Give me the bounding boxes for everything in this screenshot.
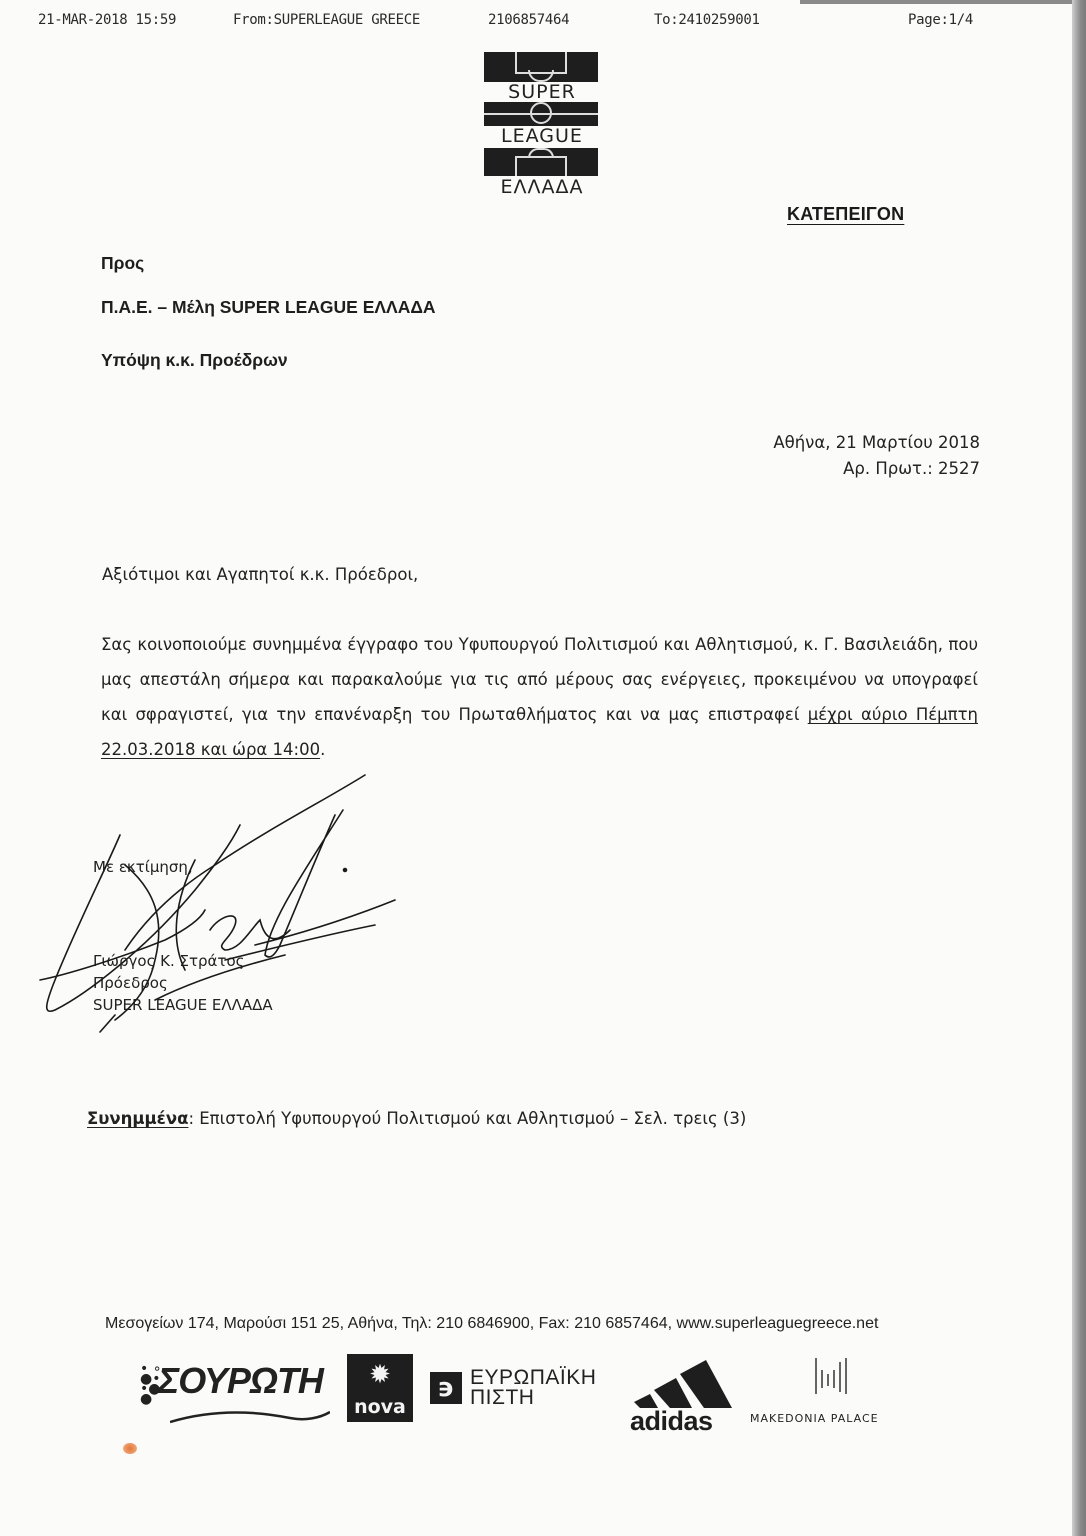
sponsor-sourwti-name: ΣΟΥΡΩΤΗ: [158, 1360, 323, 1402]
fax-page: Page:1/4: [908, 12, 973, 28]
urgent-label: ΚΑΤΕΠΕΙΓΟΝ: [787, 204, 904, 225]
superleague-logo: SUPER LEAGUE ΕΛΛΑΔΑ: [480, 52, 604, 200]
sponsor-adidas-logo: adidas: [630, 1358, 740, 1438]
protocol-number: Αρ. Πρωτ.: 2527: [773, 456, 980, 482]
logo-goalbox-bottom: [515, 156, 567, 176]
logo-word-super: SUPER: [480, 82, 604, 102]
recipient-attention: Υπόψη κ.κ. Προέδρων: [101, 350, 288, 371]
recipient-addressee: Π.Α.Ε. – Μέλη SUPER LEAGUE ΕΛΛΑΔΑ: [101, 297, 436, 318]
logo-word-league: LEAGUE: [480, 126, 604, 146]
footer-address: Μεσογείων 174, Μαρούσι 151 25, Αθήνα, Τη…: [105, 1315, 878, 1333]
logo-center-circle: [530, 102, 552, 124]
attachments-text: Επιστολή Υφυπουργού Πολιτισμού και Αθλητ…: [194, 1109, 746, 1128]
sponsor-nova-logo: ✹ nova: [347, 1354, 413, 1422]
scan-edge-right: [1072, 0, 1086, 1536]
scan-stain: [123, 1443, 137, 1454]
place-date: Αθήνα, 21 Μαρτίου 2018: [773, 430, 980, 456]
makedonia-bars-icon: [812, 1356, 852, 1396]
sponsor-logos: • ∘●••●● ΣΟΥΡΩΤΗ ✹ nova ϶ ΕΥΡΩΠΑΪΚΗ ΠΙΣΤ…: [0, 1340, 1086, 1440]
fax-datetime: 21-MAR-2018 15:59: [38, 12, 176, 28]
eurobank-mark-icon: ϶: [430, 1372, 462, 1404]
salutation: Αξιότιμοι και Αγαπητοί κ.κ. Πρόεδροι,: [102, 565, 418, 584]
body-end: .: [320, 740, 325, 759]
sponsor-makedonia-logo: MAKEDONIA PALACE: [750, 1356, 920, 1436]
sponsor-eurobank-logo: ϶ ΕΥΡΩΠΑΪΚΗ ΠΙΣΤΗ: [430, 1366, 630, 1416]
recipient-to-label: Προς: [101, 253, 144, 274]
attachments-line: Συνημμένα: Επιστολή Υφυπουργού Πολιτισμο…: [87, 1109, 746, 1128]
fax-from-number: 2106857464: [488, 12, 569, 28]
attachments-label: Συνημμένα: [87, 1109, 188, 1128]
sponsor-eurobank-line2: ΠΙΣΤΗ: [470, 1386, 534, 1410]
sponsor-nova-name: nova: [347, 1396, 413, 1418]
handwritten-signature: [25, 770, 405, 1040]
nova-star-icon: ✹: [347, 1360, 413, 1390]
adidas-stripes-icon: [630, 1358, 740, 1408]
sponsor-sourwti-logo: • ∘●••●● ΣΟΥΡΩΤΗ: [140, 1354, 340, 1434]
sponsor-adidas-name: adidas: [630, 1406, 713, 1437]
logo-word-greece: ΕΛΛΑΔΑ: [480, 177, 604, 197]
fax-header: 21-MAR-2018 15:59 From:SUPERLEAGUE GREEC…: [0, 12, 1086, 32]
scan-edge-top: [800, 0, 1086, 4]
wave-icon: [170, 1406, 330, 1426]
fax-from: From:SUPERLEAGUE GREECE: [233, 12, 420, 28]
dateline: Αθήνα, 21 Μαρτίου 2018 Αρ. Πρωτ.: 2527: [773, 430, 980, 482]
sponsor-makedonia-name: MAKEDONIA PALACE: [750, 1412, 879, 1425]
letter-body: Σας κοινοποιούμε συνημμένα έγγραφο του Υ…: [101, 627, 978, 767]
fax-to: To:2410259001: [654, 12, 760, 28]
